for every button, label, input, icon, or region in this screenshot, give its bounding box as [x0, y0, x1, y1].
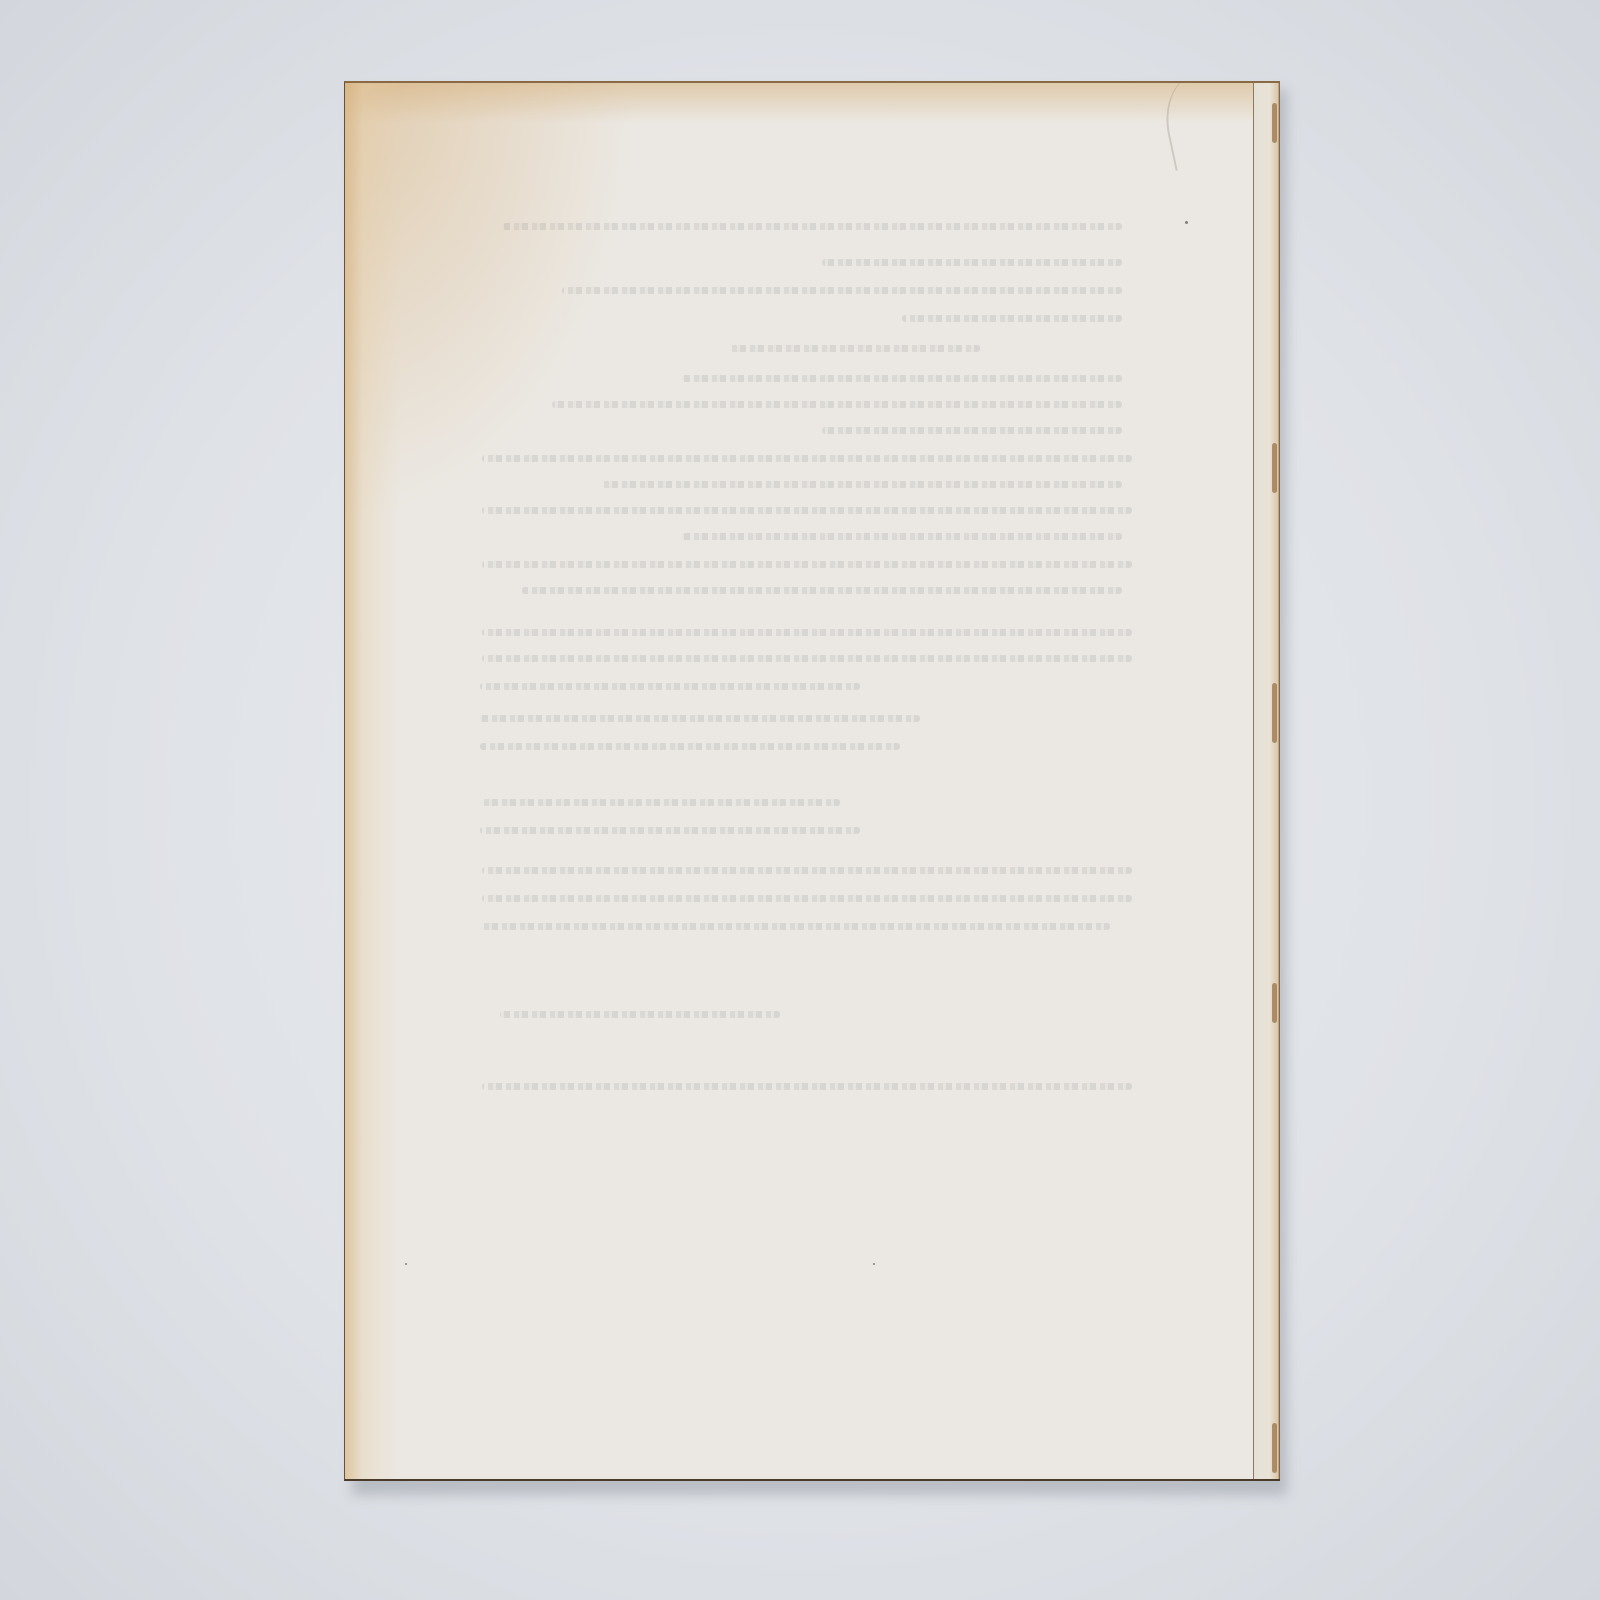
show-through-text — [345, 83, 1280, 1479]
dust-speck — [873, 1263, 875, 1265]
edge-stain — [1272, 983, 1277, 1023]
show-through-line — [682, 533, 1122, 540]
edge-stain — [1272, 683, 1277, 743]
show-through-line — [902, 315, 1122, 322]
show-through-line — [552, 401, 1122, 408]
edge-stain — [1272, 1423, 1277, 1473]
show-through-line — [502, 223, 1122, 230]
show-through-line — [482, 655, 1132, 662]
show-through-line — [480, 683, 860, 690]
dust-speck — [405, 1263, 407, 1265]
show-through-line — [482, 629, 1132, 636]
show-through-line — [522, 587, 1122, 594]
spine-edge — [1253, 83, 1280, 1479]
show-through-line — [482, 507, 1132, 514]
show-through-line — [480, 827, 860, 834]
show-through-line — [482, 895, 1132, 902]
show-through-line — [500, 1011, 780, 1018]
show-through-line — [480, 715, 920, 722]
show-through-line — [482, 867, 1132, 874]
show-through-line — [482, 561, 1132, 568]
show-through-line — [562, 287, 1122, 294]
edge-stain — [1272, 443, 1277, 493]
edge-stain — [1272, 103, 1277, 143]
dust-speck — [1185, 221, 1188, 224]
show-through-line — [482, 1083, 1132, 1090]
show-through-line — [480, 923, 1110, 930]
show-through-line — [822, 427, 1122, 434]
book-back-cover — [344, 81, 1280, 1481]
show-through-line — [682, 375, 1122, 382]
show-through-line — [480, 799, 840, 806]
show-through-line — [602, 481, 1122, 488]
show-through-line — [482, 455, 1132, 462]
show-through-line — [730, 345, 980, 352]
show-through-line — [480, 743, 900, 750]
show-through-line — [822, 259, 1122, 266]
